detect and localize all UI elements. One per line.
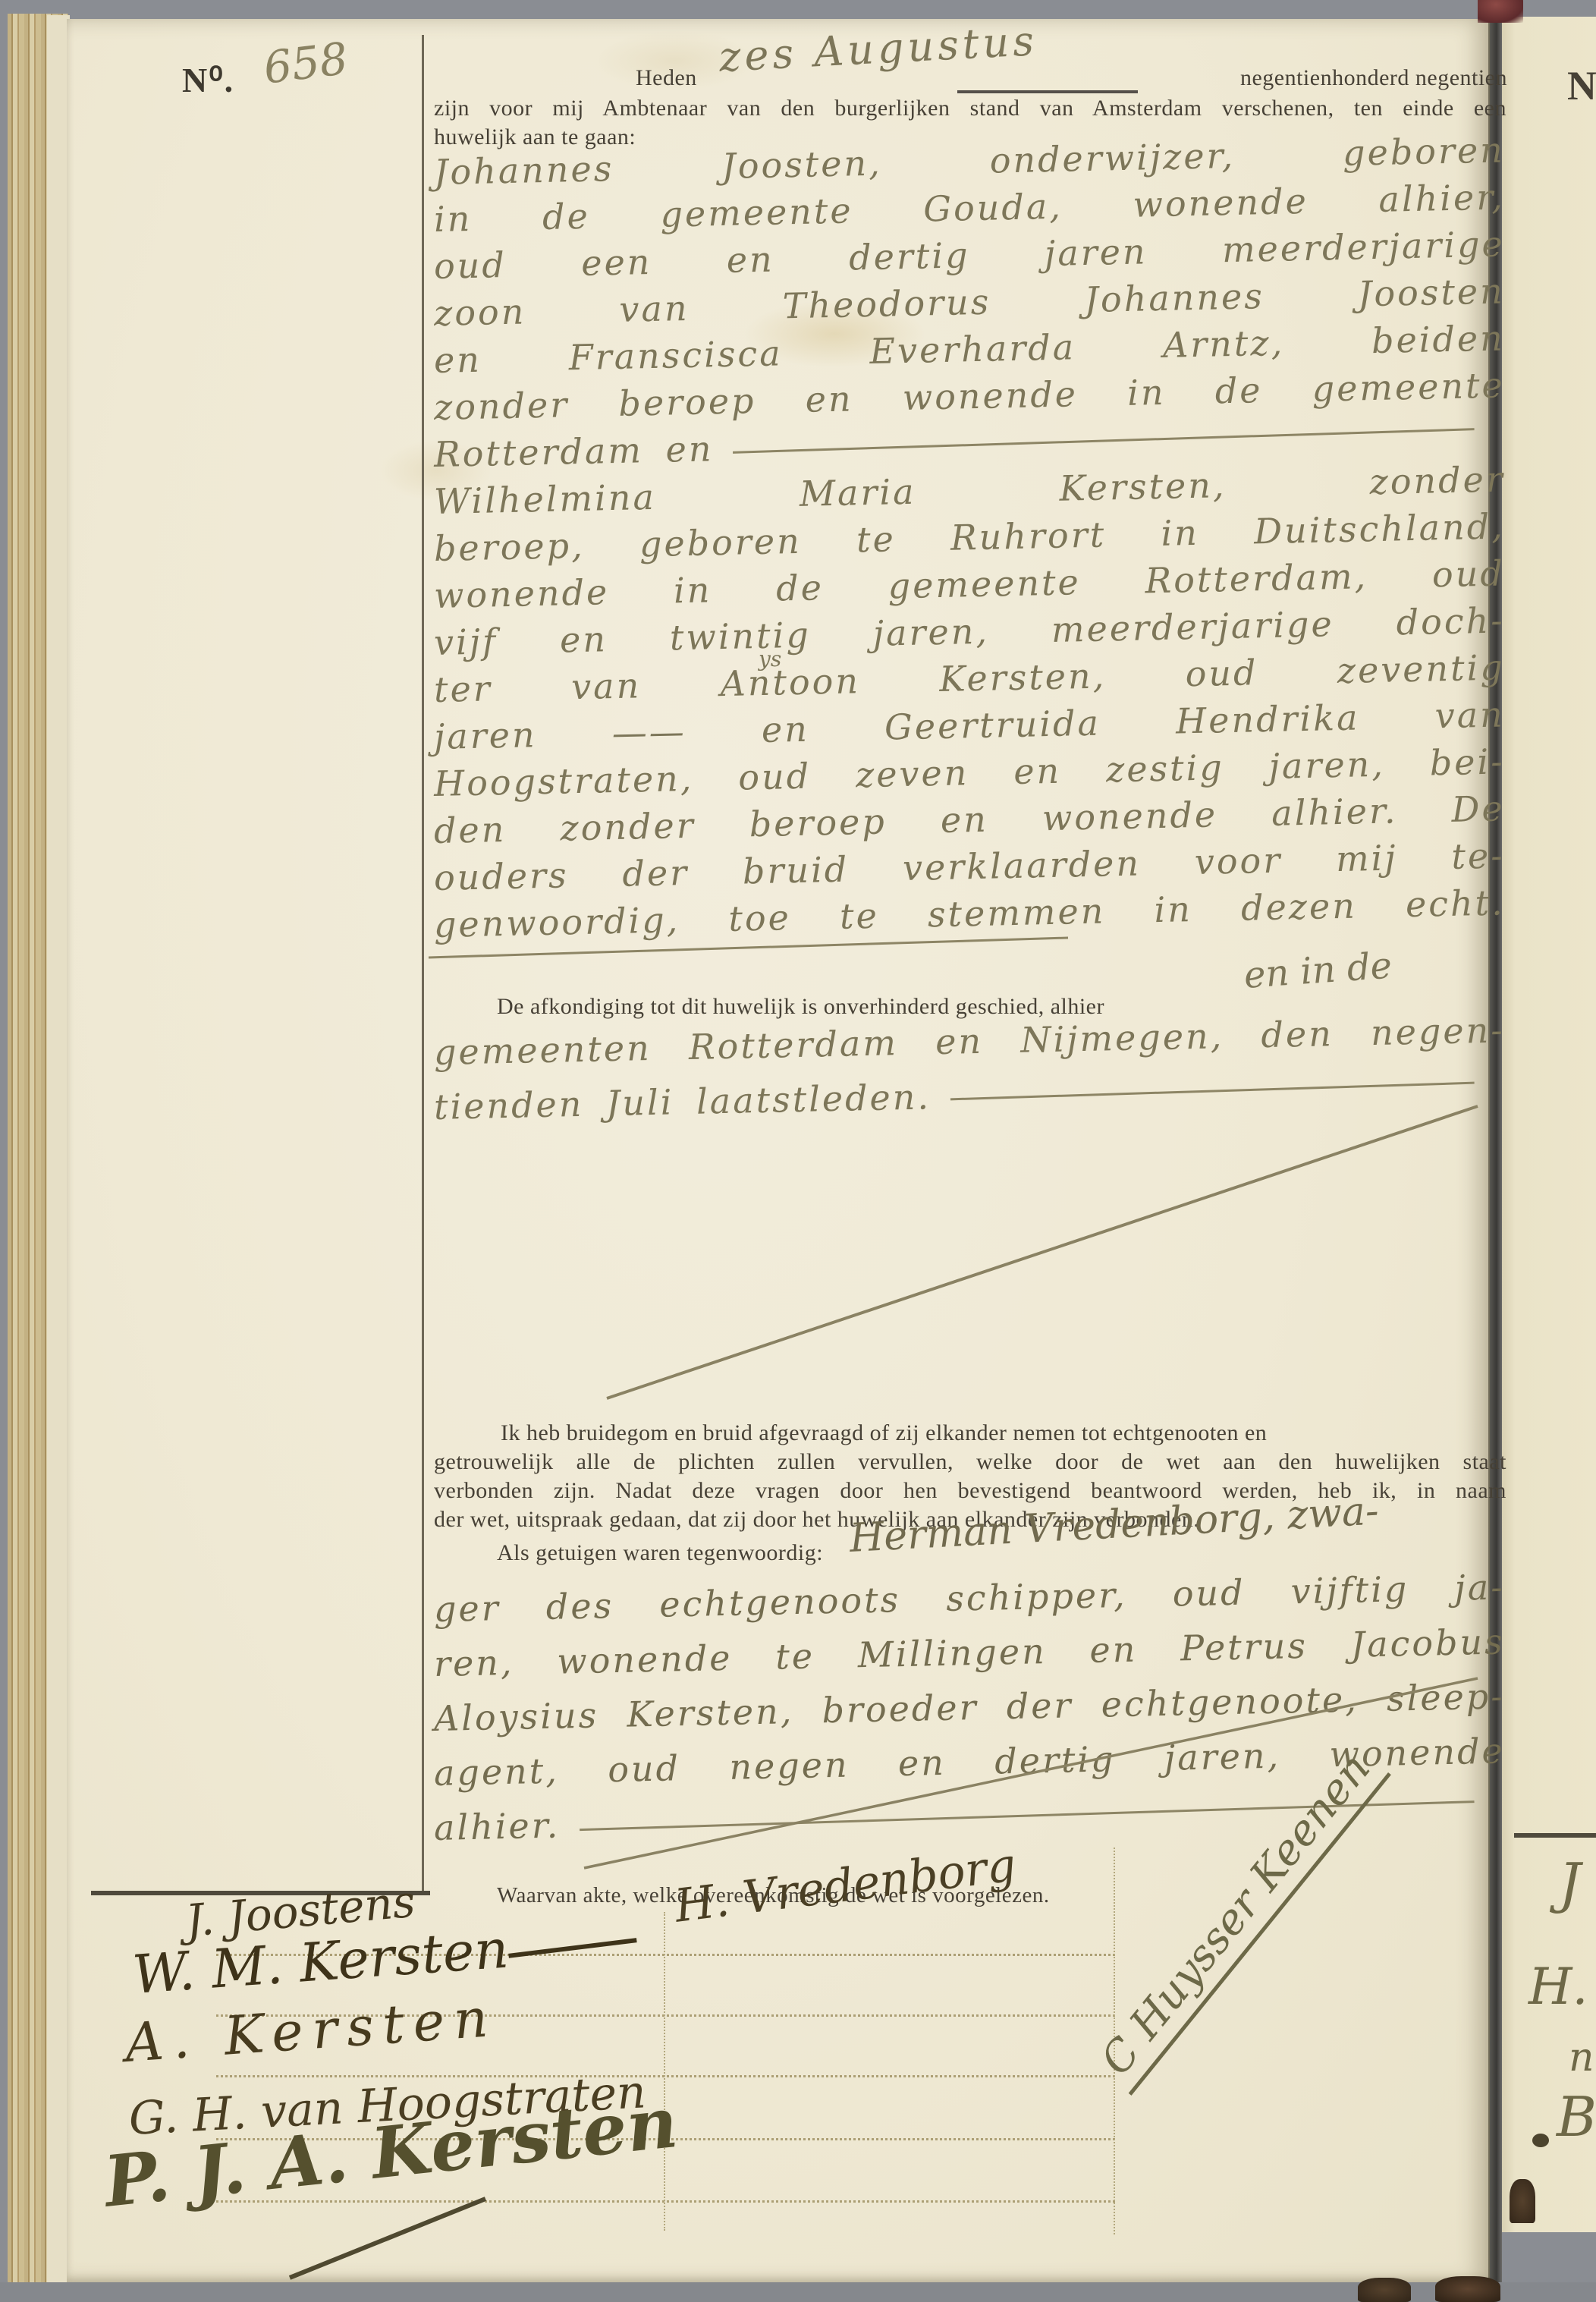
adjacent-signature-fragment: J [1559, 1851, 1581, 1915]
act-number-label: N⁰. [182, 59, 234, 100]
signature-column-line [664, 1912, 665, 2231]
adjacent-page-number-letter: N [1567, 62, 1596, 109]
header-line2: zijn voor mij Ambtenaar van den burgerli… [434, 96, 1506, 121]
header-printed-year: negentienhonderd negentien [1142, 65, 1507, 91]
adjacent-signature-fragment: H. [1528, 1958, 1588, 2016]
adjacent-page-sliver [1502, 17, 1596, 2232]
vows-line2: getrouwelijk alle de plichten zullen ver… [434, 1449, 1506, 1475]
binding-tassel [1435, 2276, 1500, 2302]
signature-row-line [216, 2075, 1115, 2077]
header-printed-heden: Heden [636, 65, 697, 91]
margin-rule [422, 35, 424, 1895]
blank-filler-line [950, 1081, 1475, 1100]
blank-filler-line [733, 428, 1474, 454]
announcement-printed: De afkondiging tot dit huwelijk is onver… [497, 994, 1104, 1020]
binding-tassel [1510, 2179, 1535, 2223]
adjacent-signature-fragment: B [1557, 2085, 1596, 2149]
binding-corner [1478, 0, 1523, 23]
adjacent-page-rule [1514, 1833, 1596, 1838]
signature-flourish [508, 1938, 636, 1958]
act-number-value: 658 [261, 33, 350, 94]
header-line3: huwelijk aan te gaan: [434, 124, 636, 150]
registry-book-scan: N⁰. 658 Heden zes Augustus negentienhond… [0, 0, 1596, 2302]
signature-row-line [216, 2200, 1115, 2203]
body-line-text: Rotterdam en [433, 428, 714, 475]
table-surface [0, 2282, 1596, 2302]
adjacent-signature-fragment: n [1569, 2035, 1594, 2080]
witness-line-text: alhier. [433, 1805, 560, 1848]
interline-insertion-note: ys [759, 646, 781, 671]
binding-tassel [1358, 2278, 1411, 2302]
vows-line1: Ik heb bruidegom en bruid afgevraagd of … [501, 1420, 1267, 1446]
witnesses-printed: Als getuigen waren tegenwoordig: [497, 1540, 823, 1566]
